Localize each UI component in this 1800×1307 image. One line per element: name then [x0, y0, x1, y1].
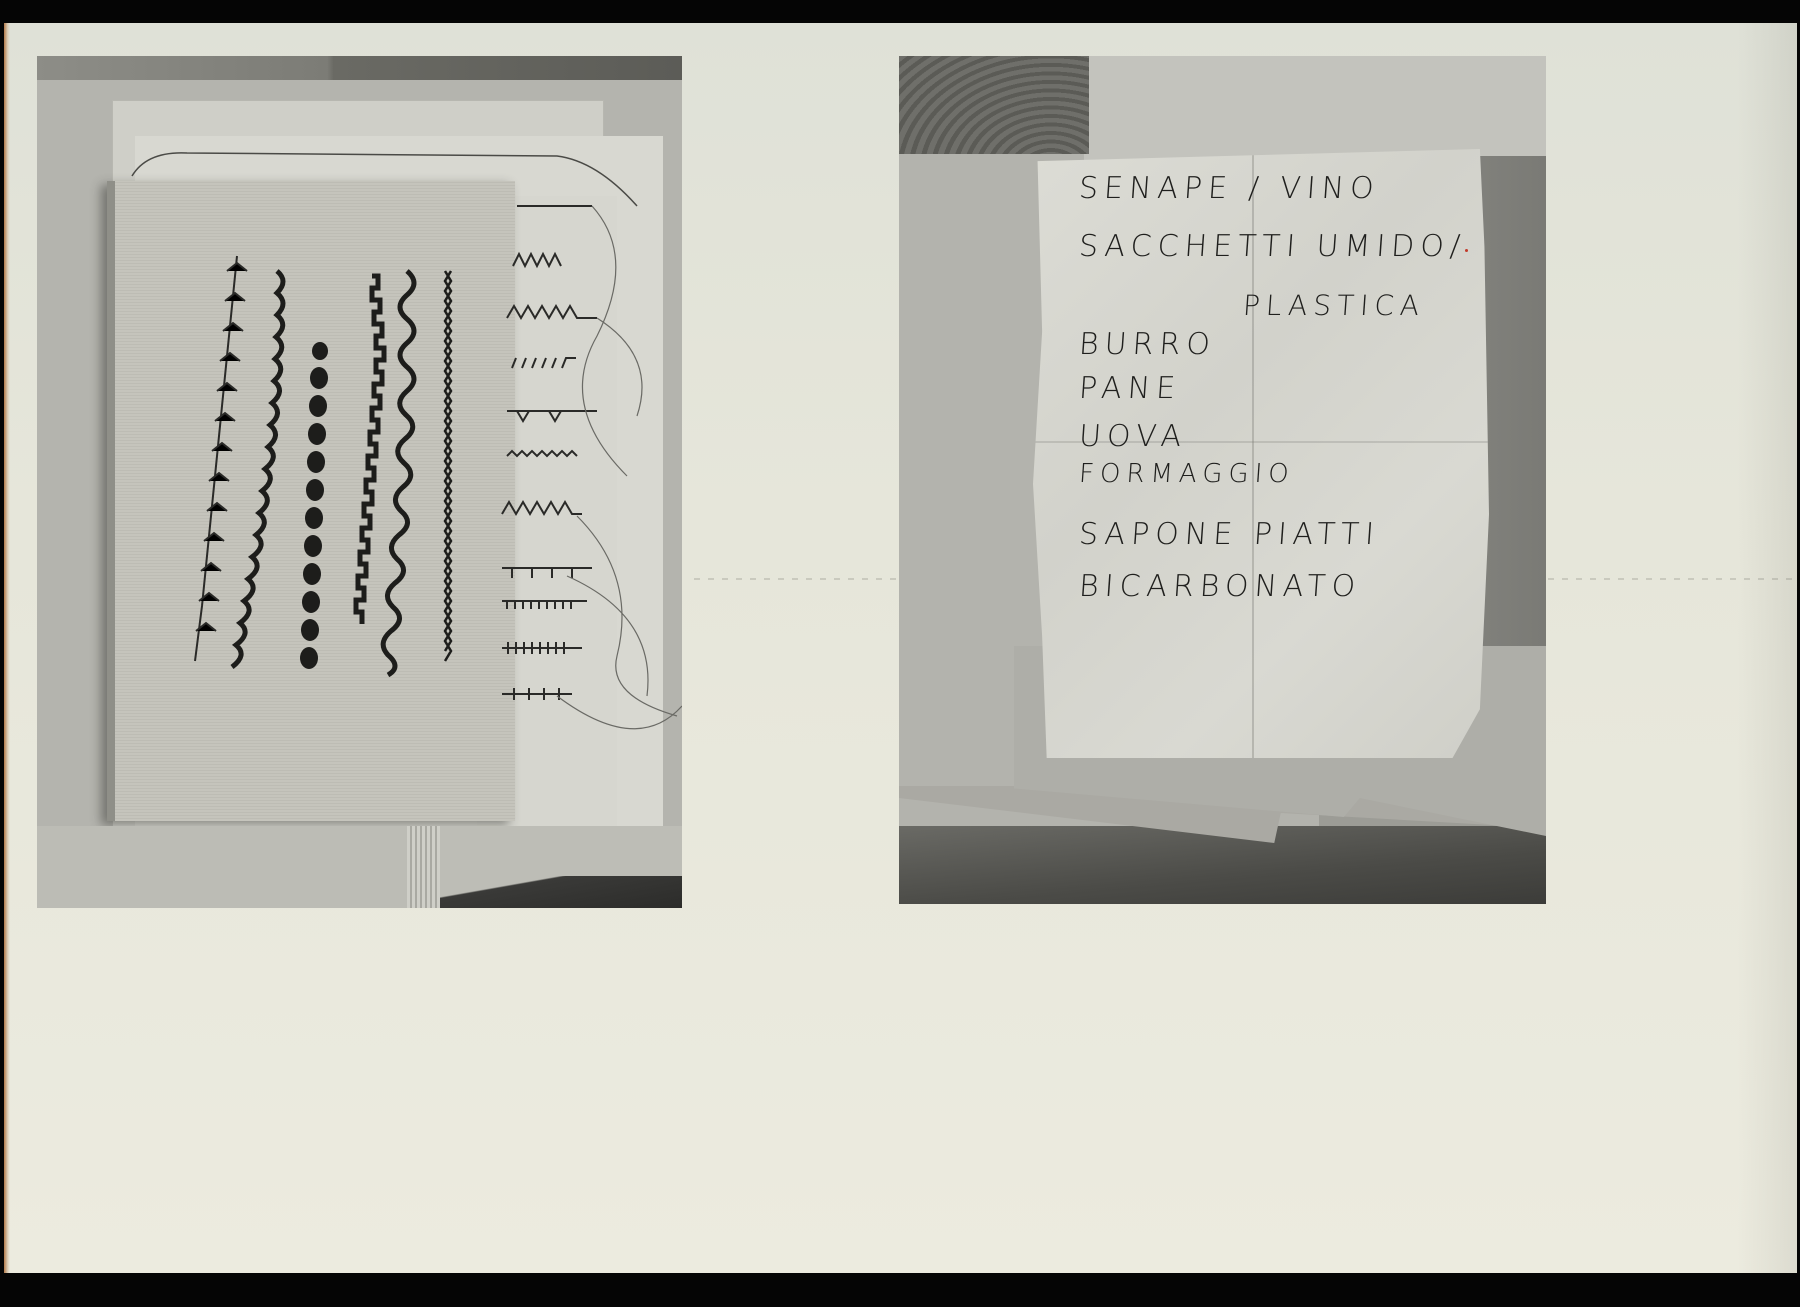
- stitch-patterns: [37, 56, 682, 908]
- note-line: UOVA: [1078, 419, 1189, 454]
- note-line: PANE: [1078, 371, 1183, 406]
- wood-surface: [899, 56, 1089, 154]
- note-line: BURRO: [1078, 327, 1217, 362]
- note-line: BICARBONATO: [1078, 569, 1363, 604]
- note-line: FORMAGGIO: [1078, 459, 1296, 489]
- wood-surface: [899, 826, 1546, 904]
- note-line: SAPONE PIATTI: [1078, 517, 1381, 552]
- note-line: SACCHETTI UMIDO/: [1078, 229, 1467, 264]
- page-edge: [4, 23, 10, 1273]
- handwritten-note: SENAPE / VINO SACCHETTI UMIDO/ PLASTICA …: [1033, 149, 1489, 758]
- note-line: PLASTICA: [1242, 289, 1426, 322]
- photo-shopping-list: SENAPE / VINO SACCHETTI UMIDO/ PLASTICA …: [899, 56, 1546, 904]
- photo-stitch-sampler: [37, 56, 682, 908]
- note-line: SENAPE / VINO: [1078, 171, 1381, 206]
